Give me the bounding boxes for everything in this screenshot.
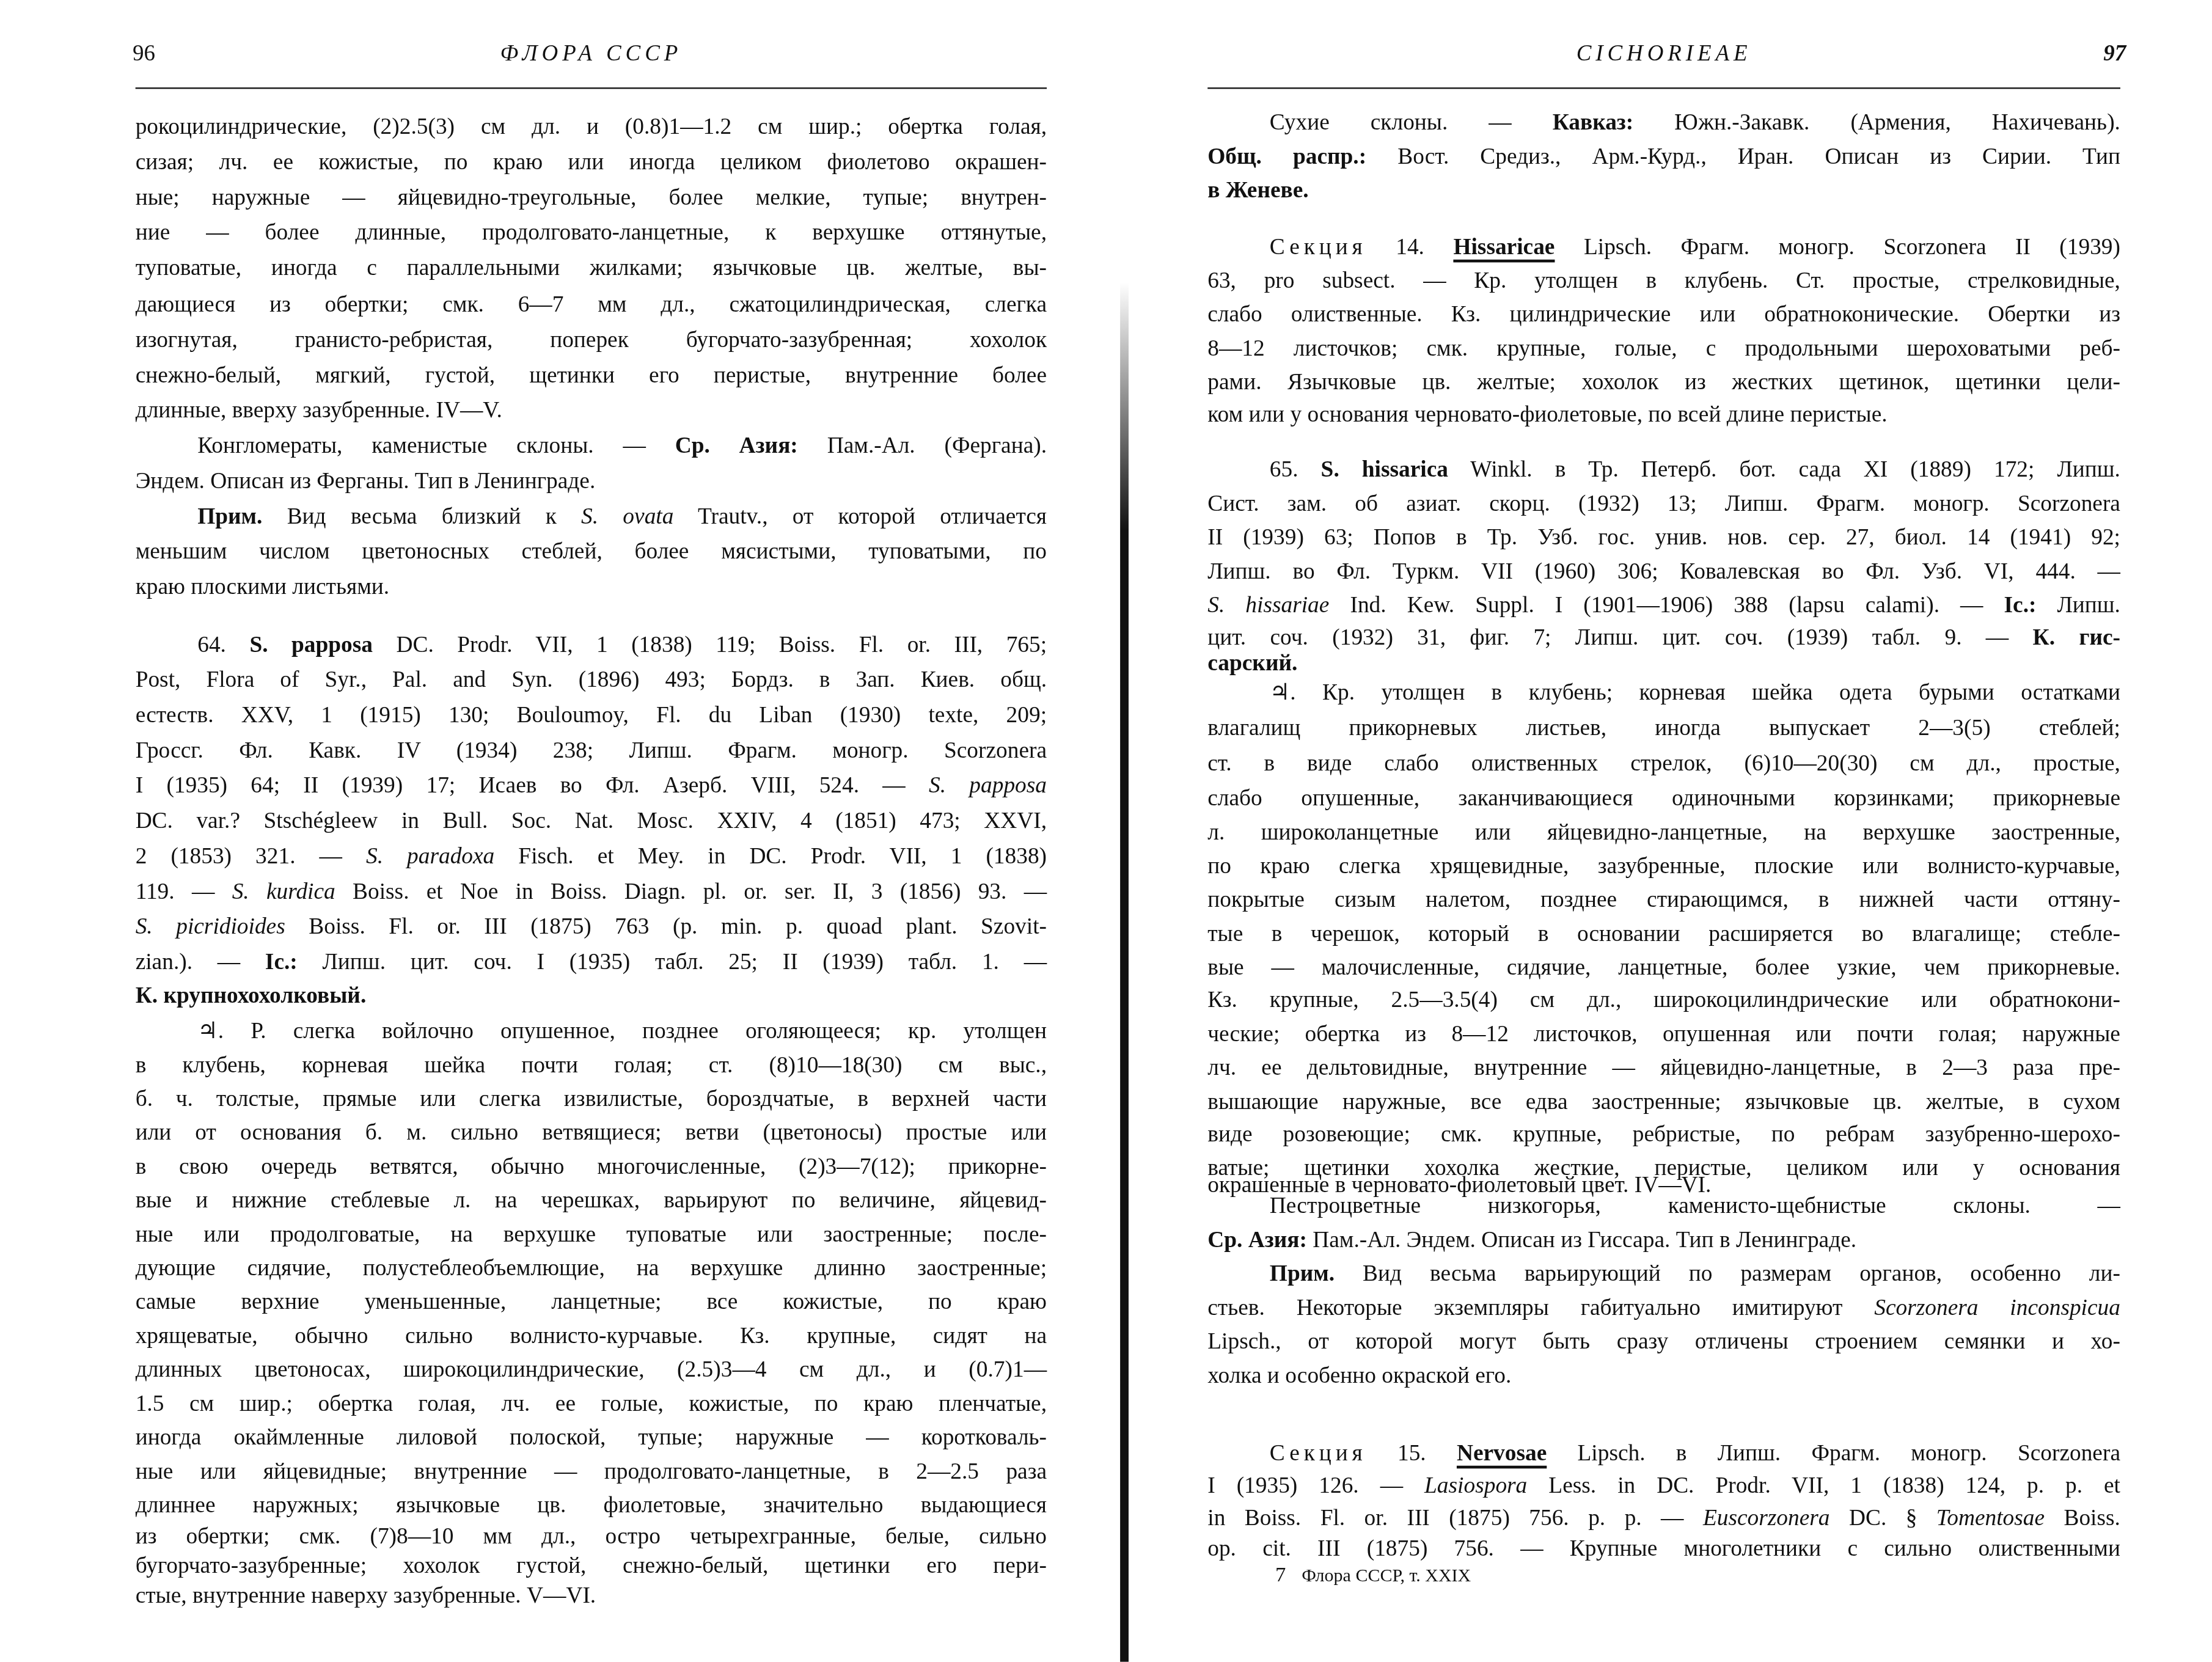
text-line: самые верхние уменьшенные, ланцетные; вс… xyxy=(136,1287,1047,1318)
bold-text: Ср. Азия: xyxy=(1207,1228,1307,1253)
text-run: Boiss. et Noe in Boiss. Diagn. pl. or. s… xyxy=(335,879,1047,904)
signature-number: 7 xyxy=(1275,1564,1286,1587)
text-run: дающиеся из обертки; смк. 6—7 мм дл., сж… xyxy=(136,292,1047,318)
text-run: Вост. Средиз., Арм.-Курд., Иран. Описан … xyxy=(1366,144,2120,169)
text-run: лч. ее дельтовидные, внутренние — яйцеви… xyxy=(1207,1055,2120,1081)
text-run: DC. § xyxy=(1830,1505,1936,1531)
text-run: длиннее наружных; язычковые цв. фиолетов… xyxy=(136,1493,1047,1518)
bold-text: Nervosae xyxy=(1457,1440,1547,1466)
text-line: Липш. во Фл. Туркм. VII (1960) 306; Кова… xyxy=(1207,556,2120,587)
text-line: изогнутая, гранисто-ребристая, поперек б… xyxy=(136,324,1047,356)
left-page: 96 ФЛОРА СССР рокоцилиндрические, (2)2.5… xyxy=(136,0,1047,1662)
italic-text: S. papposa xyxy=(929,773,1047,799)
text-line: б. ч. толстые, прямые или слегка извилис… xyxy=(136,1083,1047,1115)
italic-text: Lasiospora xyxy=(1424,1473,1527,1498)
text-line: 2 (1853) 321. — S. paradoxa Fisch. et Me… xyxy=(136,841,1047,872)
text-line: ные или продолговатые, на верхушке тупов… xyxy=(136,1219,1047,1250)
text-run: 64. xyxy=(197,632,249,657)
text-line: Кз. крупные, 2.5—3.5(4) см дл., широкоци… xyxy=(1207,984,2120,1016)
italic-text: S. paradoxa xyxy=(366,844,494,869)
text-line: стые, внутренние наверху зазубренные. V—… xyxy=(136,1580,1047,1611)
text-run: Пам.-Ал. Эндем. Описан из Гиссара. Тип в… xyxy=(1307,1228,1856,1253)
text-line: вые — малочисленные, сидячие, ланцетные,… xyxy=(1207,952,2120,983)
text-run: Trautv., от которой отличается xyxy=(673,503,1047,529)
text-line: 64. S. papposa DC. Prodr. VII, 1 (1838) … xyxy=(136,629,1047,661)
text-line: краю плоскими листьями. xyxy=(136,571,1047,602)
text-run: самые верхние уменьшенные, ланцетные; вс… xyxy=(136,1289,1047,1315)
text-line: рами. Язычковые цв. желтые; хохолок из ж… xyxy=(1207,367,2120,398)
text-line: естеств. XXV, 1 (1915) 130; Bouloumoy, F… xyxy=(136,700,1047,731)
text-line: I (1935) 126. — Lasiospora Less. in DC. … xyxy=(1207,1470,2120,1501)
text-run: вые и нижние стеблевые л. на черешках, в… xyxy=(136,1188,1047,1214)
header-rule xyxy=(136,87,1047,89)
text-run: краю плоскими листьями. xyxy=(136,574,389,600)
text-run: л. широколанцетные или яйцевидно-ланцетн… xyxy=(1207,819,2120,845)
text-run: виде розовеющие; смк. крупные, ребристые… xyxy=(1207,1121,2120,1147)
text-line: в клубень, корневая шейка почти голая; с… xyxy=(136,1050,1047,1081)
text-run: рами. Язычковые цв. желтые; хохолок из ж… xyxy=(1207,370,2120,395)
page-number: 97 xyxy=(2103,42,2126,68)
text-run: Южн.-Закавк. (Армения, Нахичевань). xyxy=(1633,110,2120,136)
text-run: сизая; лч. ее кожистые, по краю или иног… xyxy=(136,150,1047,175)
text-line: ком или у основания черновато-фиолетовые… xyxy=(1207,399,2120,430)
text-run: в свою очередь ветвятся, обычно многочис… xyxy=(136,1154,1047,1180)
bold-text: Общ. распр.: xyxy=(1207,144,1366,169)
gutter-shadow xyxy=(1120,282,1129,1662)
text-line: Прим. Вид весьма варьирующий по размерам… xyxy=(1207,1258,2120,1289)
text-line: меньшим числом цветоносных стеблей, боле… xyxy=(136,536,1047,567)
text-run: 65. xyxy=(1270,457,1321,483)
text-line: 1.5 см шир.; обертка голая, лч. ее голые… xyxy=(136,1388,1047,1419)
text-run: 8—12 листочков; смк. крупные, голые, с п… xyxy=(1207,335,2120,361)
text-line: длинные, вверху зазубренные. IV—V. xyxy=(136,395,1047,426)
text-run: слабо олиственные. Кз. цилиндрические ил… xyxy=(1207,302,2120,328)
text-run: изогнутая, гранисто-ребристая, поперек б… xyxy=(136,328,1047,353)
text-run: Эндем. Описан из Ферганы. Тип в Ленингра… xyxy=(136,468,596,494)
text-run: ные или яйцевидные; внутренние — продолг… xyxy=(136,1459,1047,1484)
text-run: ♃. Кр. утолщен в клубень; корневая шейка… xyxy=(1270,680,2120,706)
text-line: Post, Flora of Syr., Pal. and Syn. (1896… xyxy=(136,664,1047,695)
bold-text: Кавказ: xyxy=(1553,110,1634,136)
text-line: Секция 14. Hissaricae Lipsch. Фрагм. мон… xyxy=(1207,232,2120,263)
italic-text: S. hissariae xyxy=(1207,593,1329,618)
text-line: дующие сидячие, полустеблеобъемлющие, на… xyxy=(136,1253,1047,1284)
text-run: Кз. крупные, 2.5—3.5(4) см дл., широкоци… xyxy=(1207,987,2120,1013)
text-run: Lipsch. в Липш. Фрагм. моногр. Scorzoner… xyxy=(1547,1440,2120,1466)
text-line: в Женеве. xyxy=(1207,175,2120,206)
text-line: по краю слегка хрящевидные, зазубренные,… xyxy=(1207,851,2120,882)
text-line: 8—12 листочков; смк. крупные, голые, с п… xyxy=(1207,333,2120,364)
text-line: виде розовеющие; смк. крупные, ребристые… xyxy=(1207,1119,2120,1150)
bold-text: Ic.: xyxy=(265,950,298,975)
text-line: снежно-белый, мягкий, густой, щетинки ег… xyxy=(136,360,1047,391)
text-line: стьев. Некоторые экземпляры габитуально … xyxy=(1207,1292,2120,1323)
italic-text: S. kurdica xyxy=(232,879,335,904)
text-line: или от основания б. м. сильно ветвящиеся… xyxy=(136,1117,1047,1148)
bold-text: К. крупнохохолковый. xyxy=(136,983,367,1009)
text-line: длинных цветоносах, широкоцилиндрические… xyxy=(136,1354,1047,1385)
text-line: л. широколанцетные или яйцевидно-ланцетн… xyxy=(1207,817,2120,848)
bold-text: Ic.: xyxy=(2004,593,2037,618)
signature-text: Флора СССР, т. XXIX xyxy=(1302,1564,1471,1586)
text-run: Вид весьма варьирующий по размерам орган… xyxy=(1335,1261,2120,1287)
text-run: Липш. во Фл. Туркм. VII (1960) 306; Кова… xyxy=(1207,558,2120,584)
header-rule xyxy=(1207,87,2120,89)
text-run: Пестроцветные низкогорья, каменисто-щебн… xyxy=(1270,1193,2120,1219)
text-run: Сист. зам. об азиат. скорц. (1932) 13; Л… xyxy=(1207,491,2120,516)
italic-text: Euscorzonera xyxy=(1703,1505,1830,1531)
text-line: иногда окаймленные лиловой полоской, туп… xyxy=(136,1422,1047,1453)
bold-text: S. papposa xyxy=(249,632,373,657)
text-line: слабо опушенные, заканчивающиеся одиночн… xyxy=(1207,783,2120,814)
italic-text: S. ovata xyxy=(581,503,673,529)
text-run: вые — малочисленные, сидячие, ланцетные,… xyxy=(1207,955,2120,981)
bold-text: S. hissarica xyxy=(1321,457,1448,483)
text-run: Winkl. в Тр. Петерб. бот. сада XI (1889)… xyxy=(1448,457,2120,483)
text-line: II (1939) 63; Попов в Тр. Узб. гос. унив… xyxy=(1207,522,2120,553)
text-line: Общ. распр.: Вост. Средиз., Арм.-Курд., … xyxy=(1207,141,2120,172)
text-line: op. cit. III (1875) 756. — Крупные много… xyxy=(1207,1534,2120,1565)
text-line: Lipsch., от которой могут быть сразу отл… xyxy=(1207,1326,2120,1357)
text-line: вышающие наружные, все едва заостренные;… xyxy=(1207,1086,2120,1118)
running-header: 96 ФЛОРА СССР xyxy=(136,42,1047,76)
text-line: сарский. xyxy=(1207,648,2120,679)
text-run: Липш. цит. соч. I (1935) табл. 25; II (1… xyxy=(298,950,1047,975)
text-run: туповатые, иногда с параллельными жилкам… xyxy=(136,255,1047,281)
text-line: 119. — S. kurdica Boiss. et Noe in Boiss… xyxy=(136,876,1047,907)
text-run: Lipsch., от которой могут быть сразу отл… xyxy=(1207,1329,2120,1355)
text-run: ческие; обертка из 8—12 листочков, опуше… xyxy=(1207,1021,2120,1047)
text-line: длиннее наружных; язычковые цв. фиолетов… xyxy=(136,1490,1047,1521)
text-line: zian.). — Ic.: Липш. цит. соч. I (1935) … xyxy=(136,946,1047,978)
book-spread: 96 ФЛОРА СССР рокоцилиндрические, (2)2.5… xyxy=(0,0,2212,1662)
text-line: Эндем. Описан из Ферганы. Тип в Ленингра… xyxy=(136,466,1047,497)
running-title: CICHORIEAE xyxy=(1207,42,2120,68)
text-run: DC. var.? Stschégleew in Bull. Soc. Nat.… xyxy=(136,808,1047,834)
text-run: снежно-белый, мягкий, густой, щетинки ег… xyxy=(136,362,1047,388)
text-line: DC. var.? Stschégleew in Bull. Soc. Nat.… xyxy=(136,805,1047,836)
text-line: ные или яйцевидные; внутренние — продолг… xyxy=(136,1456,1047,1487)
text-line: вые и нижние стеблевые л. на черешках, в… xyxy=(136,1185,1047,1216)
text-line: S. hissariae Ind. Kew. Suppl. I (1901—19… xyxy=(1207,590,2120,621)
bold-text: Hissaricae xyxy=(1453,234,1555,260)
text-line: in Boiss. Fl. or. III (1875) 756. p. p. … xyxy=(1207,1503,2120,1534)
text-run: Post, Flora of Syr., Pal. and Syn. (1896… xyxy=(136,667,1047,693)
text-run: по краю слегка хрящевидные, зазубренные,… xyxy=(1207,854,2120,879)
text-run: op. cit. III (1875) 756. — Крупные много… xyxy=(1207,1536,2120,1562)
text-run: 119. — xyxy=(136,879,232,904)
text-line: ние — более длинные, продолговато-ланцет… xyxy=(136,218,1047,249)
italic-text: S. picridioides xyxy=(136,914,285,940)
text-run: I (1935) 64; II (1939) 17; Исаев во Фл. … xyxy=(136,773,929,799)
text-run: естеств. XXV, 1 (1915) 130; Bouloumoy, F… xyxy=(136,703,1047,728)
text-line: рокоцилиндрические, (2)2.5(3) см дл. и (… xyxy=(136,111,1047,142)
italic-text: Tomentosae xyxy=(1936,1505,2045,1531)
text-run: тые в черешок, который в основании расши… xyxy=(1207,921,2120,947)
text-run: 63, pro subsect. — Кр. утолщен в клубень… xyxy=(1207,268,2120,294)
text-line: лч. ее дельтовидные, внутренние — яйцеви… xyxy=(1207,1052,2120,1083)
text-line: дающиеся из обертки; смк. 6—7 мм дл., сж… xyxy=(136,289,1047,320)
text-run: Сухие склоны. — xyxy=(1270,110,1553,136)
text-line: Конгломераты, каменистые склоны. — Ср. А… xyxy=(136,430,1047,461)
text-run: ♃. Р. слегка войлочно опушенное, позднее… xyxy=(197,1019,1047,1044)
bold-text: Прим. xyxy=(197,503,262,529)
text-line: Сухие склоны. — Кавказ: Южн.-Закавк. (Ар… xyxy=(1207,107,2120,138)
text-run: Пам.-Ал. (Фергана). xyxy=(798,433,1047,459)
text-run: ные; наружные — яйцевидно-треугольные, б… xyxy=(136,185,1047,210)
text-run: стые, внутренние наверху зазубренные. V—… xyxy=(136,1583,596,1608)
text-run: Гроссг. Фл. Кавк. IV (1934) 238; Липш. Ф… xyxy=(136,738,1047,763)
text-run: Липш. xyxy=(2036,593,2120,618)
text-line: Ср. Азия: Пам.-Ал. Эндем. Описан из Гисс… xyxy=(1207,1225,2120,1256)
text-line: Прим. Вид весьма близкий к S. ovata Trau… xyxy=(136,501,1047,532)
text-run: Ind. Kew. Suppl. I (1901—1906) 388 (laps… xyxy=(1329,593,2004,618)
text-run: Lipsch. Фрагм. моногр. Scorzonera II (19… xyxy=(1555,234,2120,260)
text-run: in Boiss. Fl. or. III (1875) 756. p. p. … xyxy=(1207,1505,1703,1531)
text-run: DC. Prodr. VII, 1 (1838) 119; Boiss. Fl.… xyxy=(373,632,1047,657)
text-run: меньшим числом цветоносных стеблей, боле… xyxy=(136,539,1047,565)
bold-text: Прим. xyxy=(1270,1261,1335,1287)
text-run: Конгломераты, каменистые склоны. — xyxy=(197,433,675,459)
bold-text: Ср. Азия: xyxy=(675,433,798,459)
text-run: длинных цветоносах, широкоцилиндрические… xyxy=(136,1357,1047,1383)
text-line: холка и особенно окраской его. xyxy=(1207,1360,2120,1391)
text-line: влагалищ прикорневых листьев, иногда вып… xyxy=(1207,712,2120,744)
text-line: хрящеватые, обычно сильно волнисто-курча… xyxy=(136,1320,1047,1352)
text-run: Boiss. xyxy=(2045,1505,2120,1531)
text-run: zian.). — xyxy=(136,950,265,975)
text-run: из обертки; смк. (7)8—10 мм дл., остро ч… xyxy=(136,1523,1047,1549)
text-line: S. picridioides Boiss. Fl. or. III (1875… xyxy=(136,911,1047,942)
text-run: 2 (1853) 321. — xyxy=(136,844,366,869)
text-line: покрытые сизым налетом, позднее стирающи… xyxy=(1207,885,2120,916)
text-run: дующие сидячие, полустеблеобъемлющие, на… xyxy=(136,1256,1047,1281)
signature-footer: 7 Флора СССР, т. XXIX xyxy=(1275,1563,1471,1589)
text-run: 1.5 см шир.; обертка голая, лч. ее голые… xyxy=(136,1391,1047,1416)
text-line: ♃. Кр. утолщен в клубень; корневая шейка… xyxy=(1207,677,2120,708)
text-run: стьев. Некоторые экземпляры габитуально … xyxy=(1207,1295,1874,1320)
text-run: цит. соч. (1932) 31, фиг. 7; Липш. цит. … xyxy=(1207,625,2032,651)
text-line: ные; наружные — яйцевидно-треугольные, б… xyxy=(136,182,1047,213)
text-line: Гроссг. Фл. Кавк. IV (1934) 238; Липш. Ф… xyxy=(136,735,1047,766)
text-run: I (1935) 126. — xyxy=(1207,1473,1424,1498)
text-run: покрытые сизым налетом, позднее стирающи… xyxy=(1207,887,2120,913)
bold-text: в Женеве. xyxy=(1207,178,1308,203)
text-line: сизая; лч. ее кожистые, по краю или иног… xyxy=(136,147,1047,178)
text-line: туповатые, иногда с параллельными жилкам… xyxy=(136,252,1047,284)
text-run: длинные, вверху зазубренные. IV—V. xyxy=(136,398,502,423)
text-run: Boiss. Fl. or. III (1875) 763 (p. min. p… xyxy=(285,914,1047,940)
running-title: ФЛОРА СССР xyxy=(136,42,1047,68)
text-line: ♃. Р. слегка войлочно опушенное, позднее… xyxy=(136,1016,1047,1047)
text-line: 65. S. hissarica Winkl. в Тр. Петерб. бо… xyxy=(1207,454,2120,485)
text-run: вышающие наружные, все едва заостренные;… xyxy=(1207,1089,2120,1115)
text-run: Fisch. et Mey. in DC. Prodr. VII, 1 (183… xyxy=(494,844,1047,869)
text-run: Секция xyxy=(1270,234,1367,260)
text-run: иногда окаймленные лиловой полоской, туп… xyxy=(136,1425,1047,1451)
text-line: слабо олиственные. Кз. цилиндрические ил… xyxy=(1207,299,2120,330)
text-run: ст. в виде слабо олиственных стрелок, (6… xyxy=(1207,750,2120,776)
text-line: Секция 15. Nervosae Lipsch. в Липш. Фраг… xyxy=(1207,1438,2120,1469)
text-line: тые в черешок, который в основании расши… xyxy=(1207,918,2120,950)
text-run: ком или у основания черновато-фиолетовые… xyxy=(1207,402,1887,428)
text-run: II (1939) 63; Попов в Тр. Узб. гос. унив… xyxy=(1207,525,2120,551)
bold-text: К. гис- xyxy=(2033,625,2120,651)
text-line: К. крупнохохолковый. xyxy=(136,981,1047,1012)
text-run: рокоцилиндрические, (2)2.5(3) см дл. и (… xyxy=(136,114,1047,140)
text-line: Пестроцветные низкогорья, каменисто-щебн… xyxy=(1207,1191,2120,1222)
text-run: в клубень, корневая шейка почти голая; с… xyxy=(136,1052,1047,1078)
text-line: ческие; обертка из 8—12 листочков, опуше… xyxy=(1207,1019,2120,1050)
text-line: в свою очередь ветвятся, обычно многочис… xyxy=(136,1151,1047,1182)
text-run: 14. xyxy=(1367,234,1454,260)
text-run: 15. xyxy=(1367,1440,1457,1466)
text-line: I (1935) 64; II (1939) 17; Исаев во Фл. … xyxy=(136,771,1047,802)
text-run: Вид весьма близкий к xyxy=(262,503,581,529)
text-run: влагалищ прикорневых листьев, иногда вып… xyxy=(1207,716,2120,741)
bold-text: сарский. xyxy=(1207,650,1297,676)
text-line: из обертки; смк. (7)8—10 мм дл., остро ч… xyxy=(136,1521,1047,1552)
text-run: холка и особенно окраской его. xyxy=(1207,1363,1511,1388)
text-line: Сист. зам. об азиат. скорц. (1932) 13; Л… xyxy=(1207,488,2120,519)
text-run: Less. in DC. Prodr. VII, 1 (1838) 124, p… xyxy=(1527,1473,2120,1498)
text-run: или от основания б. м. сильно ветвящиеся… xyxy=(136,1120,1047,1146)
text-line: 63, pro subsect. — Кр. утолщен в клубень… xyxy=(1207,265,2120,296)
text-run: Секция xyxy=(1270,1440,1367,1466)
text-run: слабо опушенные, заканчивающиеся одиночн… xyxy=(1207,786,2120,811)
running-header: CICHORIEAE 97 xyxy=(1207,42,2120,76)
text-run: ные или продолговатые, на верхушке тупов… xyxy=(136,1221,1047,1247)
text-line: бугорчато-зазубренные; хохолок густой, с… xyxy=(136,1550,1047,1581)
text-run: хрящеватые, обычно сильно волнисто-курча… xyxy=(136,1323,1047,1349)
italic-text: Scorzonera inconspicua xyxy=(1874,1295,2120,1320)
text-run: ние — более длинные, продолговато-ланцет… xyxy=(136,220,1047,246)
text-run: бугорчато-зазубренные; хохолок густой, с… xyxy=(136,1553,1047,1579)
right-page: CICHORIEAE 97 Сухие склоны. — Кавказ: Юж… xyxy=(1207,0,2120,1662)
text-run: б. ч. толстые, прямые или слегка извилис… xyxy=(136,1086,1047,1112)
text-line: ст. в виде слабо олиственных стрелок, (6… xyxy=(1207,748,2120,779)
